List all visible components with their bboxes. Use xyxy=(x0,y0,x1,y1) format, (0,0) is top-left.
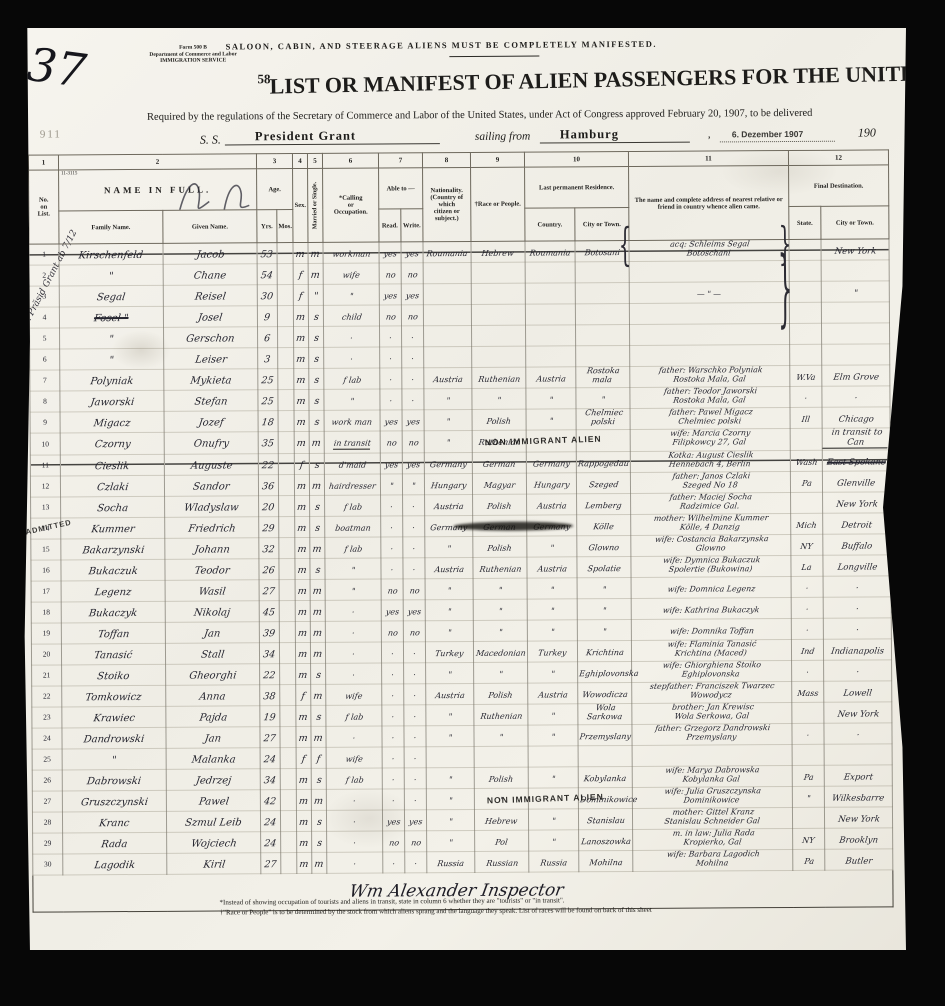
cell-yrs: 27 xyxy=(259,579,279,600)
cell-read: · xyxy=(382,704,404,725)
header-family-name: Family Name. xyxy=(59,210,163,244)
cell-dcity xyxy=(824,743,892,764)
col-num-1: 1 xyxy=(28,155,58,170)
cell-sex: m xyxy=(296,789,311,810)
cell-family: Bukaczuk xyxy=(61,559,165,581)
cell-given: Jan xyxy=(166,726,260,748)
cell-no: 14ADMITTED xyxy=(31,517,61,538)
cell-calling: f lab xyxy=(325,495,381,516)
col-num-11: 11 xyxy=(628,151,788,167)
cell-nat: Austria xyxy=(425,494,473,515)
cell-nat: " xyxy=(425,620,473,641)
cell-race: Ruthenian xyxy=(472,367,526,388)
cell-yrs: 34 xyxy=(260,768,280,789)
cell-family: Fosel " xyxy=(59,306,163,328)
cell-relative: wife: Dymnica Bukaczuk Spolertie (Bukowi… xyxy=(631,555,791,577)
cell-calling: " xyxy=(325,579,381,600)
cell-yrs: 27 xyxy=(261,852,281,873)
cell-mos xyxy=(278,453,294,474)
cell-read: · xyxy=(380,368,402,389)
cell-write: yes xyxy=(403,599,425,620)
cell-city: Eghiplovonska xyxy=(578,661,632,682)
cell-no: 16 xyxy=(31,559,61,580)
cell-sex: m xyxy=(293,305,308,326)
cell-ms: m xyxy=(310,579,325,600)
cell-relative: father: Pawel Migacz Chelmiec polski xyxy=(630,408,790,430)
cell-no: 27 xyxy=(32,790,62,811)
cell-nat: Roumania xyxy=(423,241,471,262)
cell-country: " xyxy=(528,808,578,829)
cell-read: no xyxy=(383,830,405,851)
cell-state xyxy=(789,302,821,323)
cell-write: · xyxy=(404,725,426,746)
cell-mos xyxy=(280,747,296,768)
cell-state xyxy=(792,807,824,828)
cell-calling: · xyxy=(327,852,383,873)
cell-nat: " xyxy=(426,767,474,788)
cell-yrs: 38 xyxy=(260,684,280,705)
cell-write: · xyxy=(404,683,426,704)
cell-race: Macedonian xyxy=(473,641,527,662)
cell-write: no xyxy=(401,305,423,326)
cell-dcity: · xyxy=(823,596,891,617)
cell-mos xyxy=(279,642,295,663)
cell-given: Kiril xyxy=(167,852,261,874)
cell-country: NON IMMIGRANT ALIEN xyxy=(526,430,576,452)
cell-given: Stall xyxy=(165,642,259,664)
cell-relative: father: Warschko Polyniak Rostoka Mala, … xyxy=(630,366,790,388)
col-num-2: 2 xyxy=(58,154,256,170)
cell-relative: wife: Domnica Legenz xyxy=(631,576,791,598)
cell-calling: · xyxy=(324,347,380,368)
cell-city: Wola Sarkowa xyxy=(578,703,632,724)
cell-sex: m xyxy=(296,726,311,747)
cell-nat: " xyxy=(426,809,474,830)
cell-yrs: 22 xyxy=(260,663,280,684)
cell-calling: · xyxy=(326,789,382,810)
cell-relative: wife: Marya Dabrowska Kobylanka Gal xyxy=(632,765,792,787)
cell-state: Wash xyxy=(790,450,822,471)
cell-yrs: 25 xyxy=(258,369,278,390)
cell-dcity xyxy=(821,302,889,323)
cell-ms: s xyxy=(310,495,325,516)
cell-country: Hungary xyxy=(526,472,576,493)
header-name-in-full: 11-3115 NAME IN FULL. xyxy=(59,169,257,211)
cell-nat: Hungary xyxy=(424,473,472,494)
cell-yrs: 19 xyxy=(260,705,280,726)
cell-country xyxy=(526,325,576,346)
cell-state xyxy=(791,492,823,513)
cell-write: · xyxy=(403,641,425,662)
cell-write: · xyxy=(404,746,426,767)
cell-no: 21 xyxy=(32,664,62,685)
cell-calling: · xyxy=(324,326,380,347)
cell-read: · xyxy=(382,683,404,704)
cell-city: Botosani xyxy=(575,240,629,261)
cell-country: " xyxy=(527,535,577,556)
cell-city: Rostoka mala xyxy=(576,366,630,387)
cell-dcity: Chicago xyxy=(822,407,890,428)
cell-given: Friedrich xyxy=(165,516,259,538)
cell-no: 10 xyxy=(30,433,60,455)
cell-state: Mass xyxy=(792,681,824,702)
cell-mos xyxy=(279,516,295,537)
cell-dcity: East Spokane xyxy=(822,449,890,470)
cell-nat: Austria xyxy=(424,367,472,388)
cell-write: · xyxy=(403,515,425,536)
cell-no: 7 xyxy=(30,370,60,391)
cell-dcity xyxy=(821,323,889,344)
cell-read: · xyxy=(381,536,403,557)
col-num-3: 3 xyxy=(256,154,292,169)
cell-sex: f xyxy=(293,284,308,305)
cell-yrs: 24 xyxy=(260,810,280,831)
header-no-on-list: No. on List. xyxy=(29,170,59,244)
cell-sex: m xyxy=(294,326,309,347)
cell-race: Polish xyxy=(473,536,527,557)
ink-smudge xyxy=(453,521,573,531)
col-num-4: 4 xyxy=(292,153,307,168)
cell-given: Teodor xyxy=(165,558,259,580)
cell-yrs: 53 xyxy=(257,243,277,264)
cell-no: 25 xyxy=(32,748,62,769)
cell-family: Kirschenfeld xyxy=(59,243,163,265)
cell-yrs: 25 xyxy=(258,390,278,411)
year-prefix: 190 xyxy=(858,125,876,140)
cell-race: Polish xyxy=(473,494,527,515)
header-row-upper: No. on List. 11-3115 NAME IN FULL. Age. … xyxy=(29,165,889,211)
cell-given: Auguste xyxy=(164,453,258,475)
cell-no: 5 xyxy=(30,328,60,349)
cell-relative xyxy=(632,744,792,766)
cell-write: · xyxy=(404,662,426,683)
col-num-9: 9 xyxy=(470,152,524,167)
cell-mos xyxy=(279,621,295,642)
cell-given: Jan xyxy=(165,621,259,643)
cell-write: · xyxy=(404,788,426,809)
page-title: LIST OR MANIFEST OF ALIEN PASSENGERS FOR… xyxy=(269,61,899,100)
cell-ms: s xyxy=(309,453,324,474)
cell-dcity: · xyxy=(823,617,891,638)
cell-family: Kummer xyxy=(61,517,165,539)
cell-state: · xyxy=(792,723,824,744)
cell-no: 18 xyxy=(31,601,61,622)
cell-country: " xyxy=(526,388,576,409)
cell-race: Hebrew xyxy=(471,241,525,262)
cell-yrs: 24 xyxy=(260,747,280,768)
cell-yrs: 18 xyxy=(258,411,278,432)
cell-family: Lagodik xyxy=(63,853,167,875)
cell-sex: m xyxy=(295,642,310,663)
cell-yrs: 26 xyxy=(259,558,279,579)
cell-mos xyxy=(280,768,296,789)
col-num-8: 8 xyxy=(422,152,470,167)
cell-relative: wife: Flaminia Tanasić Krichtina (Maced) xyxy=(631,639,791,661)
cell-state: · xyxy=(790,386,822,407)
cell-family: Migacz xyxy=(60,411,164,433)
cell-mos xyxy=(278,432,294,454)
cell-given: Josel xyxy=(163,306,257,328)
cell-read: · xyxy=(381,557,403,578)
scanned-manifest-page: { "scan": { "corner_number": "37", "fain… xyxy=(0,0,945,1006)
header-read: Read. xyxy=(379,209,401,242)
cell-ms: m xyxy=(308,263,323,284)
cell-race: " xyxy=(472,388,526,409)
manifest-table-wrap: 1 2 3 4 5 6 7 8 9 10 11 12 No. on xyxy=(28,149,895,912)
date-stamp: 6. Dezember 1907 xyxy=(732,129,803,139)
cell-mos xyxy=(278,348,294,369)
cell-sex: m xyxy=(295,537,310,558)
cell-city: Lanoszowka xyxy=(579,829,633,850)
cell-calling: wife xyxy=(326,684,382,705)
cell-relative: — " — xyxy=(629,282,789,304)
cell-calling: f lab xyxy=(326,768,382,789)
cell-read: no xyxy=(379,305,401,326)
cell-sex: m xyxy=(296,768,311,789)
cell-nat: " xyxy=(424,409,472,430)
cell-calling: wife xyxy=(323,263,379,284)
cell-race: Ruthenian xyxy=(474,704,528,725)
cell-relative: Kotka: August Cieslik Hennebach 4, Berli… xyxy=(630,450,790,472)
cell-family: " xyxy=(59,264,163,286)
cell-no: 29 xyxy=(33,832,63,853)
cell-ms: m xyxy=(309,474,324,495)
cell-sex: f xyxy=(296,747,311,768)
cell-dcity: New York xyxy=(823,491,891,512)
cell-sex: m xyxy=(294,431,309,453)
cell-race: " xyxy=(473,620,527,641)
cell-given: Pawel xyxy=(166,789,260,811)
cell-nat xyxy=(423,283,471,304)
cell-given: Chane xyxy=(163,264,257,286)
cell-write: · xyxy=(402,326,424,347)
handwritten-sheet-number: 37 xyxy=(24,37,89,98)
cell-city: Lemberg xyxy=(577,493,631,514)
cell-relative: father: Teodor Jaworski Rostoka Mala, Ga… xyxy=(630,387,790,409)
cell-ms: s xyxy=(311,705,326,726)
header-dest-state: State. xyxy=(789,206,821,239)
cell-yrs: 34 xyxy=(259,642,279,663)
cell-dcity: " xyxy=(821,281,889,302)
cell-ms: m xyxy=(311,726,326,747)
cell-mos xyxy=(280,684,296,705)
cell-given: Wasil xyxy=(165,579,259,601)
cell-relative: father: Janos Czlaki Szeged No 18 xyxy=(630,471,790,493)
cell-calling: workman xyxy=(323,242,379,263)
cell-read: · xyxy=(382,767,404,788)
cell-nat xyxy=(423,262,471,283)
cell-country: Austria xyxy=(527,493,577,514)
footnote-race: †"Race or People" is to be determined by… xyxy=(220,905,652,918)
cell-read: no xyxy=(381,620,403,641)
cell-relative: wife: Domnika Toffan xyxy=(631,618,791,640)
cell-dcity: · xyxy=(823,575,891,596)
cell-country: " xyxy=(526,409,576,430)
cell-read: yes xyxy=(382,809,404,830)
cell-city: Krichtina xyxy=(577,640,631,661)
cell-family: Dabrowski xyxy=(62,769,166,791)
cell-dcity: Brooklyn xyxy=(825,827,893,848)
header-age: Age. xyxy=(257,169,293,210)
cell-country: Austria xyxy=(526,367,576,388)
cell-calling: wife xyxy=(326,747,382,768)
cell-mos xyxy=(278,369,294,390)
cell-sex: m xyxy=(297,852,312,873)
cell-ms: s xyxy=(309,347,324,368)
cell-nat: " xyxy=(427,830,475,851)
cell-mos xyxy=(279,537,295,558)
cell-race xyxy=(471,262,525,283)
cell-write: no xyxy=(402,431,424,453)
cell-yrs: 32 xyxy=(259,537,279,558)
cell-state: · xyxy=(791,597,823,618)
cell-country: " xyxy=(529,829,579,850)
cell-nat: Germany xyxy=(424,452,472,473)
cell-yrs: 3 xyxy=(258,348,278,369)
cell-race: Russian xyxy=(475,851,529,872)
cell-state: · xyxy=(791,576,823,597)
cell-write: · xyxy=(402,389,424,410)
cell-country: Austria xyxy=(527,556,577,577)
cell-family: Czorny xyxy=(60,432,164,454)
cell-ms: m xyxy=(309,431,324,453)
cell-ms: s xyxy=(312,831,327,852)
cell-read: · xyxy=(382,788,404,809)
cell-ms: f xyxy=(311,747,326,768)
header-final-destination: Final Destination. xyxy=(789,165,889,207)
cell-state: Mich xyxy=(791,513,823,534)
cell-no: 4 xyxy=(29,307,59,328)
cell-state: Ind xyxy=(791,639,823,660)
cell-write: no xyxy=(401,263,423,284)
cell-calling: d'maid xyxy=(324,453,380,474)
cell-write: · xyxy=(402,347,424,368)
cell-given: Gheorghi xyxy=(166,663,260,685)
header-calling: *Calling or Occupation. xyxy=(323,168,379,242)
cell-country: Roumania xyxy=(525,241,575,262)
header-sex: Sex. xyxy=(293,168,308,242)
cell-given: Wojciech xyxy=(167,831,261,853)
cell-no: 11 xyxy=(30,454,60,475)
cell-country: " xyxy=(528,766,578,787)
cell-race xyxy=(472,325,526,346)
cell-state: · xyxy=(792,660,824,681)
cell-country: NON IMMIGRANT ALIEN xyxy=(528,787,578,808)
cell-mos xyxy=(280,726,296,747)
cell-no: 9 xyxy=(30,412,60,433)
cell-yrs: 45 xyxy=(259,600,279,621)
cell-given: Leiser xyxy=(164,348,258,370)
cell-given: Jedrzej xyxy=(166,768,260,790)
cell-dcity: Buffalo xyxy=(823,533,891,554)
port-name: Hamburg xyxy=(560,127,619,142)
cell-sex: f xyxy=(294,453,309,474)
cell-nat: " xyxy=(425,536,473,557)
cell-read: no xyxy=(379,263,401,284)
cell-mos xyxy=(277,243,293,264)
header-relative-address: The name and complete address of nearest… xyxy=(629,166,789,241)
cell-mos xyxy=(280,789,296,810)
cell-no: 13 xyxy=(31,496,61,517)
cell-state xyxy=(792,702,824,723)
cell-family: Rada xyxy=(63,832,167,854)
cell-sex: f xyxy=(293,263,308,284)
cell-relative: m. in law: Julia Rada Kropierko, Gal xyxy=(633,828,793,850)
cell-race: " xyxy=(473,599,527,620)
cell-nat: " xyxy=(426,704,474,725)
manifest-paper-sheet: SALOON, CABIN, AND STEERAGE ALIENS MUST … xyxy=(22,28,906,950)
cell-write: yes xyxy=(402,410,424,431)
cell-no: 15 xyxy=(31,538,61,559)
cell-race: Polish xyxy=(472,409,526,430)
cell-state: Pa xyxy=(790,471,822,492)
cell-city xyxy=(578,745,632,766)
ship-line: S. S. President Grant sailing from Hambu… xyxy=(20,125,900,150)
cell-state: NY xyxy=(791,534,823,555)
cell-read: no xyxy=(381,578,403,599)
header-married-single: Married or Single. xyxy=(308,168,323,242)
cell-read: · xyxy=(380,347,402,368)
cell-race: " xyxy=(473,578,527,599)
cell-given: Wladyslaw xyxy=(165,495,259,517)
cell-write: no xyxy=(405,830,427,851)
cell-dcity: · xyxy=(824,722,892,743)
cell-given: Johann xyxy=(165,537,259,559)
cell-state: W.Va xyxy=(790,365,822,386)
cell-yrs: 30 xyxy=(257,285,277,306)
cell-calling: · xyxy=(326,663,382,684)
cell-nat: " xyxy=(426,662,474,683)
subtitle: Required by the regulations of the Secre… xyxy=(80,107,880,123)
cell-sex: f xyxy=(296,684,311,705)
cell-given: Sandor xyxy=(164,474,258,496)
cell-read: yes xyxy=(380,452,402,473)
cell-relative: father: Grzegorz Dandrowski Przemyslany xyxy=(632,723,792,745)
cell-write: no xyxy=(403,620,425,641)
cell-relative: wife: Julia Gruszczynska Dominikowice xyxy=(632,786,792,808)
comma: , xyxy=(708,128,711,140)
header-given-name: Given Name. xyxy=(163,210,257,244)
cell-calling: · xyxy=(325,621,381,642)
cell-race: " xyxy=(474,725,528,746)
cell-country xyxy=(525,262,575,283)
cell-country: " xyxy=(528,661,578,682)
cell-state xyxy=(789,260,821,281)
cell-family: Gruszczynski xyxy=(62,790,166,812)
cell-race: German xyxy=(473,515,527,536)
cell-family: Socha xyxy=(61,496,165,518)
cell-write: " xyxy=(402,473,424,494)
cell-sex: m xyxy=(294,347,309,368)
cell-family: Czlaki xyxy=(60,475,164,497)
cell-given: Szmul Leib xyxy=(166,810,260,832)
cell-city: Szeged xyxy=(576,472,630,493)
cell-calling: · xyxy=(325,600,381,621)
cell-given: Reisel xyxy=(163,285,257,307)
cell-family: Krawiec xyxy=(62,706,166,728)
cell-dcity: in transit to Can xyxy=(822,428,890,450)
banner-text: SALOON, CABIN, AND STEERAGE ALIENS MUST … xyxy=(19,38,863,53)
cell-no: 30 xyxy=(33,853,63,874)
cell-ms: s xyxy=(309,389,324,410)
cell-city xyxy=(575,303,629,324)
cell-calling: " xyxy=(324,389,380,410)
cell-yrs: 54 xyxy=(257,264,277,285)
cell-family: " xyxy=(60,327,164,349)
cell-sex: m xyxy=(294,474,309,495)
cell-write: · xyxy=(403,557,425,578)
cell-given: Mykieta xyxy=(164,369,258,391)
